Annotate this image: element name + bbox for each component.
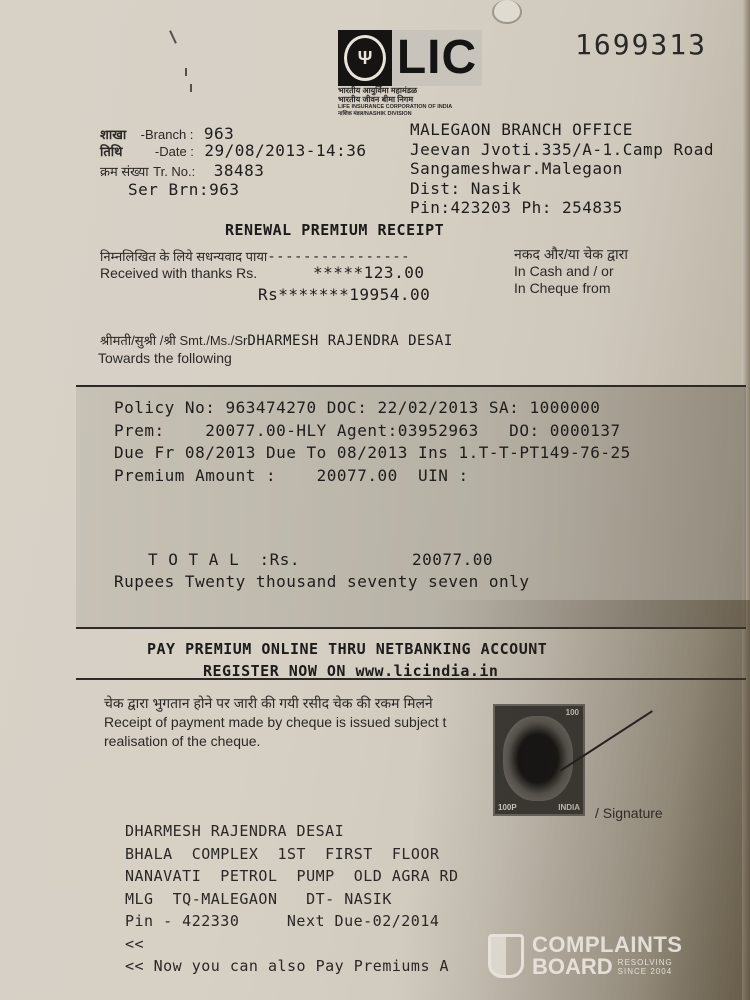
logo-hindi-line2: भारतीय जीवन बीमा निगम xyxy=(338,95,482,104)
date-row: तिथि -Date : 29/08/2013-14:36 xyxy=(100,141,367,161)
payment-mode: नकद और/या चेक द्वारा In Cash and / or In… xyxy=(514,246,628,297)
payer-name: DHARMESH RAJENDRA DESAI xyxy=(247,333,452,349)
received-label: Received with thanks Rs. xyxy=(100,265,257,281)
payment-mode-line2: In Cheque from xyxy=(514,280,628,297)
punch-hole xyxy=(492,0,522,24)
date-label-hindi: तिथि xyxy=(100,144,122,159)
pen-mark xyxy=(169,30,177,44)
received-amount-2: Rs*******19954.00 xyxy=(258,285,430,304)
tr-label: Tr. No.: xyxy=(153,164,195,179)
total-label: T O T A L :Rs. xyxy=(148,550,300,569)
received-amount-1: *****123.00 xyxy=(313,263,424,282)
address-line2: NANAVATI PETROL PUMP OLD AGRA RD xyxy=(125,865,459,888)
received-hindi-text: निम्नलिखित के लिये सधन्यवाद पाया xyxy=(100,249,267,264)
towards-label: Towards the following xyxy=(98,350,232,366)
policy-details: Policy No: 963474270 DOC: 22/02/2013 SA:… xyxy=(114,397,631,487)
date-value: 29/08/2013-14:36 xyxy=(204,141,366,160)
office-address: MALEGAON BRANCH OFFICE Jeevan Jvoti.335/… xyxy=(410,120,714,218)
office-line3: Dist: Nasik xyxy=(410,179,714,199)
mailing-address: DHARMESH RAJENDRA DESAI BHALA COMPLEX 1S… xyxy=(125,820,459,978)
tr-value: 38483 xyxy=(214,161,265,180)
office-line2: Sangameshwar.Malegaon xyxy=(410,159,714,179)
cheque-note-line2: realisation of the cheque. xyxy=(104,732,446,751)
logo-hindi-line1: भारतीय आयुर्विमा महामंडळ xyxy=(338,86,482,95)
policy-line4: Premium Amount : 20077.00 UIN : xyxy=(114,465,631,488)
watermark-tag1: RESOLVING xyxy=(618,958,673,967)
lic-logo: Ψ LIC भारतीय आयुर्विमा महामंडळ भारतीय जी… xyxy=(338,30,482,118)
divider xyxy=(76,627,746,629)
receipt-number: 1699313 xyxy=(575,28,707,61)
footer-line: << Now you can also Pay Premiums A xyxy=(125,955,459,978)
address-line3: MLG TQ-MALEGAON DT- NASIK xyxy=(125,888,459,911)
office-name: MALEGAON BRANCH OFFICE xyxy=(410,120,714,140)
office-line4: Pin:423203 Ph: 254835 xyxy=(410,198,714,218)
complaints-board-watermark: COMPLAINTS BOARD RESOLVING SINCE 2004 xyxy=(488,934,682,978)
stamp-value-bottom: 100P xyxy=(498,803,517,812)
cheque-note: चेक द्वारा भुगतान होने पर जारी की गयी रस… xyxy=(104,694,446,751)
pen-mark xyxy=(190,84,192,92)
address-name: DHARMESH RAJENDRA DESAI xyxy=(125,820,459,843)
divider xyxy=(76,678,746,680)
cheque-note-line1: Receipt of payment made by cheque is iss… xyxy=(104,713,446,732)
payment-mode-line1: In Cash and / or xyxy=(514,263,628,280)
next-due: Next Due-02/2014 xyxy=(287,912,440,930)
date-label: -Date : xyxy=(155,144,194,159)
office-line1: Jeevan Jvoti.335/A-1.Camp Road xyxy=(410,140,714,160)
total-value: 20077.00 xyxy=(412,550,493,569)
signature-label: / Signature xyxy=(595,805,663,821)
payer-row: श्रीमती/सुश्री /श्री Smt./Ms./SrDHARMESH… xyxy=(100,331,453,350)
address-line1: BHALA COMPLEX 1ST FIRST FLOOR xyxy=(125,843,459,866)
total-words: Rupees Twenty thousand seventy seven onl… xyxy=(114,572,529,591)
cheque-note-hindi: चेक द्वारा भुगतान होने पर जारी की गयी रस… xyxy=(104,694,446,713)
footer-marker: << xyxy=(125,933,459,956)
payment-mode-hindi: नकद और/या चेक द्वारा xyxy=(514,246,628,263)
logo-division-line: नाशिक मंडल/NASHIK DIVISION xyxy=(338,111,482,118)
watermark-line1: COMPLAINTS xyxy=(532,934,682,956)
ser-brn: Ser Brn:963 xyxy=(128,180,239,199)
policy-line2: Prem: 20077.00-HLY Agent:03952963 DO: 00… xyxy=(114,420,631,443)
tr-row: क्रम संख्या Tr. No.: 38483 xyxy=(100,161,264,181)
lic-brand: LIC xyxy=(392,30,482,86)
branch-label-hindi: शाखा xyxy=(100,127,126,142)
address-pin: Pin - 422330 xyxy=(125,912,239,930)
payer-label: श्रीमती/सुश्री /श्री Smt./Ms./Sr xyxy=(100,333,247,348)
pen-mark xyxy=(185,68,187,76)
logo-english-line: LIFE INSURANCE CORPORATION OF INDIA xyxy=(338,104,482,111)
policy-line3: Due Fr 08/2013 Due To 08/2013 Ins 1.T-T-… xyxy=(114,442,631,465)
complaints-board-shield-icon xyxy=(488,934,524,978)
branch-label: -Branch : xyxy=(141,127,194,142)
policy-line1: Policy No: 963474270 DOC: 22/02/2013 SA:… xyxy=(114,397,631,420)
receipt-title: RENEWAL PREMIUM RECEIPT xyxy=(225,221,444,239)
tr-label-hindi: क्रम संख्या xyxy=(100,164,149,179)
watermark-tag2: SINCE 2004 xyxy=(618,967,673,976)
stamp-value-top: 100 xyxy=(566,708,579,717)
lic-emblem-icon: Ψ xyxy=(338,30,392,86)
watermark-line2: BOARD xyxy=(532,956,613,978)
revenue-stamp-icon: 100 100P INDIA xyxy=(493,704,585,816)
stamp-country: INDIA xyxy=(558,803,580,812)
promo-line1: PAY PREMIUM ONLINE THRU NETBANKING ACCOU… xyxy=(147,640,547,658)
